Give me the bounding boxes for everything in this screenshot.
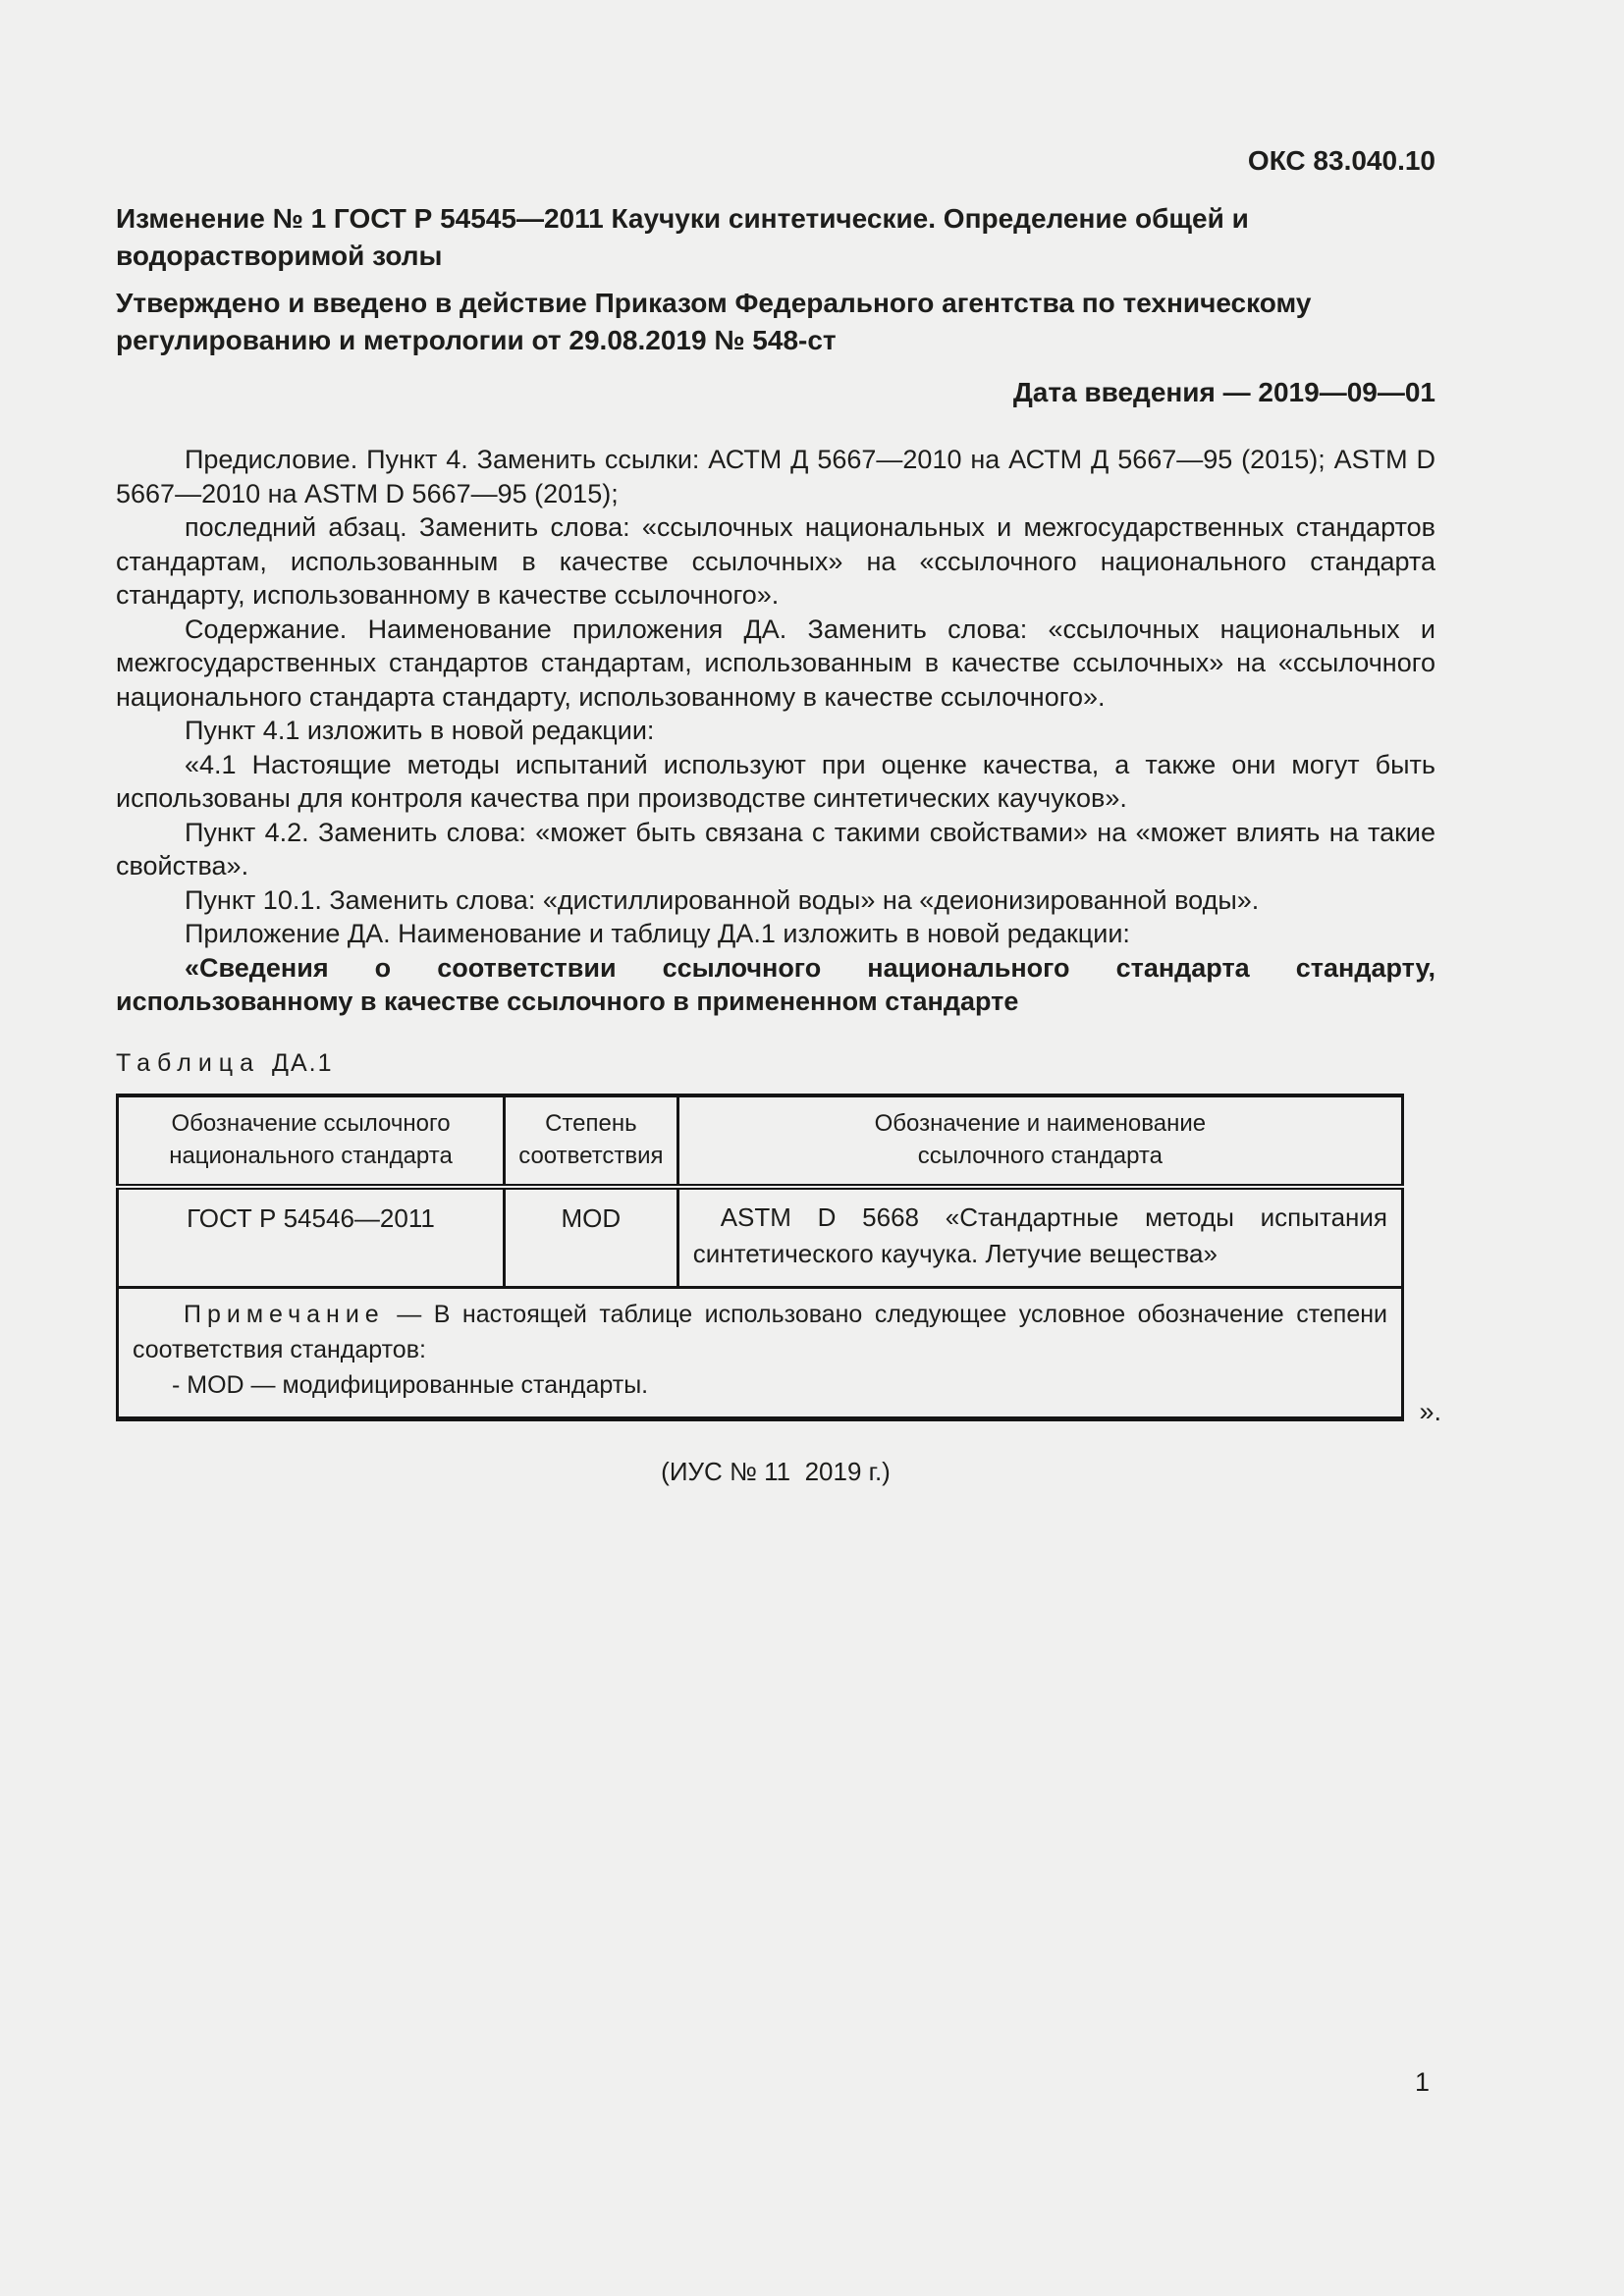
cell-reference-text: ASTM D 5668 «Стандартные методы испытани…: [693, 1200, 1387, 1272]
note-label: Примечание: [184, 1301, 385, 1328]
table-caption: ТаблицаДА.1: [116, 1048, 1435, 1078]
table-da1: Обозначение ссылочного национального ста…: [116, 1094, 1404, 1421]
table-caption-number: ДА.1: [272, 1049, 333, 1077]
closing-quote: ».: [1419, 1397, 1441, 1427]
column-header-line: Обозначение и наименование: [687, 1107, 1393, 1140]
column-header-reference-standard: Обозначение и наименование ссылочного ст…: [677, 1095, 1402, 1187]
column-header-line: национального стандарта: [127, 1140, 495, 1172]
table-note-cell: Примечание — В настоящей таблице использ…: [118, 1287, 1403, 1418]
note-text: Примечание — В настоящей таблице использ…: [133, 1297, 1387, 1367]
oks-code: ОКС 83.040.10: [116, 0, 1435, 177]
effective-date: Дата введения — 2019—09—01: [116, 374, 1435, 411]
table-row: ГОСТ Р 54546—2011 MOD ASTM D 5668 «Станд…: [118, 1187, 1403, 1288]
ius-reference: (ИУС № 11 2019 г.): [116, 1457, 1435, 1487]
cell-national-standard: ГОСТ Р 54546—2011: [118, 1187, 505, 1288]
annex-da-new-title: «Сведения о соответствии ссылочного наци…: [116, 951, 1435, 1019]
table-note-row: Примечание — В настоящей таблице использ…: [118, 1287, 1403, 1418]
approval-statement: Утверждено и введено в действие Приказом…: [116, 285, 1435, 359]
paragraph-clause-10-1: Пункт 10.1. Заменить слова: «дистиллиров…: [116, 883, 1435, 918]
amendment-title: Изменение № 1 ГОСТ Р 54545—2011 Каучуки …: [116, 200, 1435, 275]
column-header-line: ссылочного стандарта: [687, 1140, 1393, 1172]
column-header-national-standard: Обозначение ссылочного национального ста…: [118, 1095, 505, 1187]
paragraph-clause-4-1-text: «4.1 Настоящие методы испытаний использу…: [116, 748, 1435, 816]
paragraph-last-clause: последний абзац. Заменить слова: «ссылоч…: [116, 510, 1435, 613]
column-header-degree: Степень соответствия: [505, 1095, 678, 1187]
table-header-row: Обозначение ссылочного национального ста…: [118, 1095, 1403, 1187]
column-header-line: Степень: [514, 1107, 669, 1140]
table-da1-wrapper: Обозначение ссылочного национального ста…: [116, 1094, 1404, 1421]
cell-degree: MOD: [505, 1187, 678, 1288]
paragraph-annex-da: Приложение ДА. Наименование и таблицу ДА…: [116, 917, 1435, 951]
page-number: 1: [1415, 2067, 1430, 2098]
amendment-body: Предисловие. Пункт 4. Заменить ссылки: А…: [116, 443, 1435, 1019]
column-header-line: Обозначение ссылочного: [127, 1107, 495, 1140]
paragraph-contents: Содержание. Наименование приложения ДА. …: [116, 613, 1435, 715]
column-header-line: соответствия: [514, 1140, 669, 1172]
paragraph-clause-4-1-intro: Пункт 4.1 изложить в новой редакции:: [116, 714, 1435, 748]
paragraph-preface: Предисловие. Пункт 4. Заменить ссылки: А…: [116, 443, 1435, 510]
page-content: ОКС 83.040.10 Изменение № 1 ГОСТ Р 54545…: [116, 0, 1435, 1487]
note-mod-item: - MOD — модифицированные стандарты.: [133, 1367, 1387, 1403]
paragraph-clause-4-2: Пункт 4.2. Заменить слова: «может быть с…: [116, 816, 1435, 883]
document-page: ОКС 83.040.10 Изменение № 1 ГОСТ Р 54545…: [0, 0, 1624, 2296]
cell-reference-standard: ASTM D 5668 «Стандартные методы испытани…: [677, 1187, 1402, 1288]
table-caption-word: Таблица: [116, 1049, 260, 1077]
